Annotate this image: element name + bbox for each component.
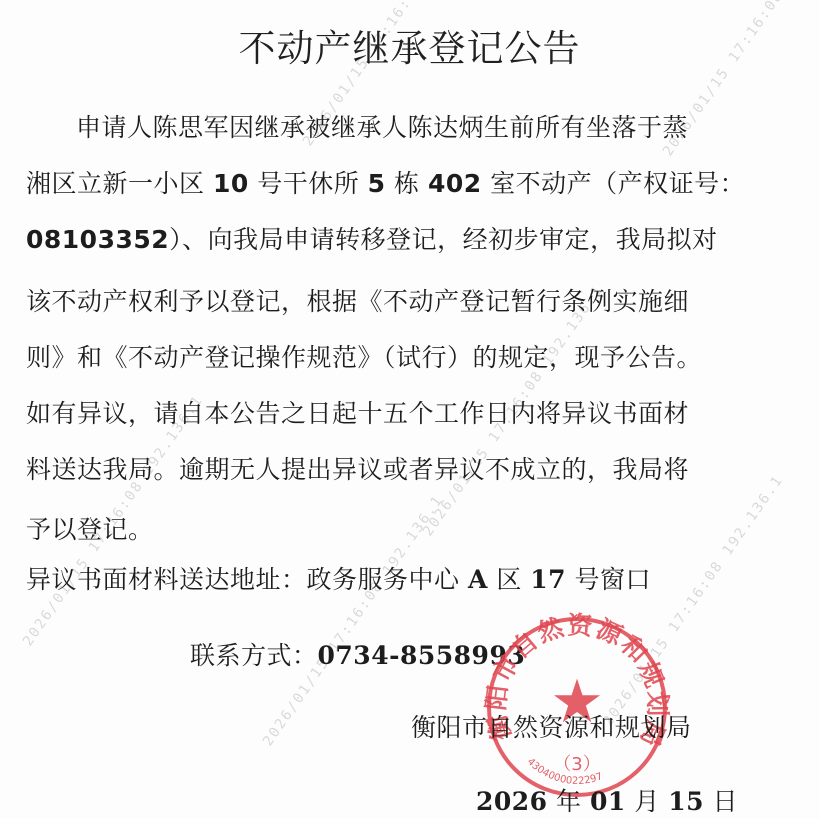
body-text: 该不动产权利予以登记，根据《不动产登记暂行条例实施细 [26,287,689,316]
issue-date: 2026 年 01 月 15 日 [476,782,738,818]
body-number: 10 [213,169,249,198]
body-line: 08103352）、向我局申请转移登记，经初步审定，我局拟对 [26,220,718,256]
body-line: 申请人陈思军因继承被继承人陈达炳生前所有坐落于蒸 [76,108,688,144]
body-text: 予以登记。 [26,515,154,544]
body-line: 该不动产权利予以登记，根据《不动产登记暂行条例实施细 [26,282,689,318]
seal-sub-text: （3） [553,754,600,775]
body-text: 料送达我局。逾期无人提出异议或者异议不成立的，我局将 [26,455,689,484]
page-title: 不动产继承登记公告 [0,18,819,72]
body-text: 栋 [386,169,428,198]
address-value-prefix: 政务服务中心 [307,565,468,594]
contact-phone: 0734-8558993 [318,641,526,670]
address-label: 异议书面材料送达地址： [26,565,307,594]
watermark-text: 2026/01/15 17:16:08 192.136.1 [600,472,787,729]
body-number: 5 [368,169,386,198]
address-value-mid: 区 [488,565,530,594]
body-text: 如有异议，请自本公告之日起十五个工作日内将异议书面材 [26,399,689,428]
body-number: 08103352 [26,225,169,254]
contact-line: 联系方式：0734-8558993 [190,636,525,672]
date-year: 2026 [476,787,548,816]
body-text: 湘区立新一小区 [26,169,213,198]
body-text: 则》和《不动产登记操作规范》（试行）的规定，现予公告。 [26,343,702,372]
body-text: 号干休所 [249,169,368,198]
address-zone: A [468,565,488,594]
address-window-number: 17 [530,565,566,594]
body-text: 室不动产（产权证号： [482,169,745,198]
address-value-suffix: 号窗口 [566,565,651,594]
date-month: 01 [590,787,626,816]
body-line: 湘区立新一小区 10 号干休所 5 栋 402 室不动产（产权证号： [26,164,745,200]
date-month-unit: 月 [626,787,668,816]
body-line: 则》和《不动产登记操作规范》（试行）的规定，现予公告。 [26,338,702,374]
address-line: 异议书面材料送达地址：政务服务中心 A 区 17 号窗口 [26,560,651,596]
body-text: 申请人陈思军因继承被继承人陈达炳生前所有坐落于蒸 [76,113,688,142]
body-number: 402 [428,169,482,198]
date-day: 15 [668,787,704,816]
body-line: 如有异议，请自本公告之日起十五个工作日内将异议书面材 [26,394,689,430]
body-text: ）、向我局申请转移登记，经初步审定，我局拟对 [169,225,718,254]
contact-label: 联系方式： [190,641,318,670]
date-day-unit: 日 [704,787,738,816]
announcement-page: 2026/01/15 17:16:08 192.136.1 2026/01/15… [0,0,819,819]
body-line: 予以登记。 [26,510,154,546]
date-year-unit: 年 [548,787,590,816]
issuer-name: 衡阳市自然资源和规划局 [411,708,692,744]
body-line: 料送达我局。逾期无人提出异议或者异议不成立的，我局将 [26,450,689,486]
